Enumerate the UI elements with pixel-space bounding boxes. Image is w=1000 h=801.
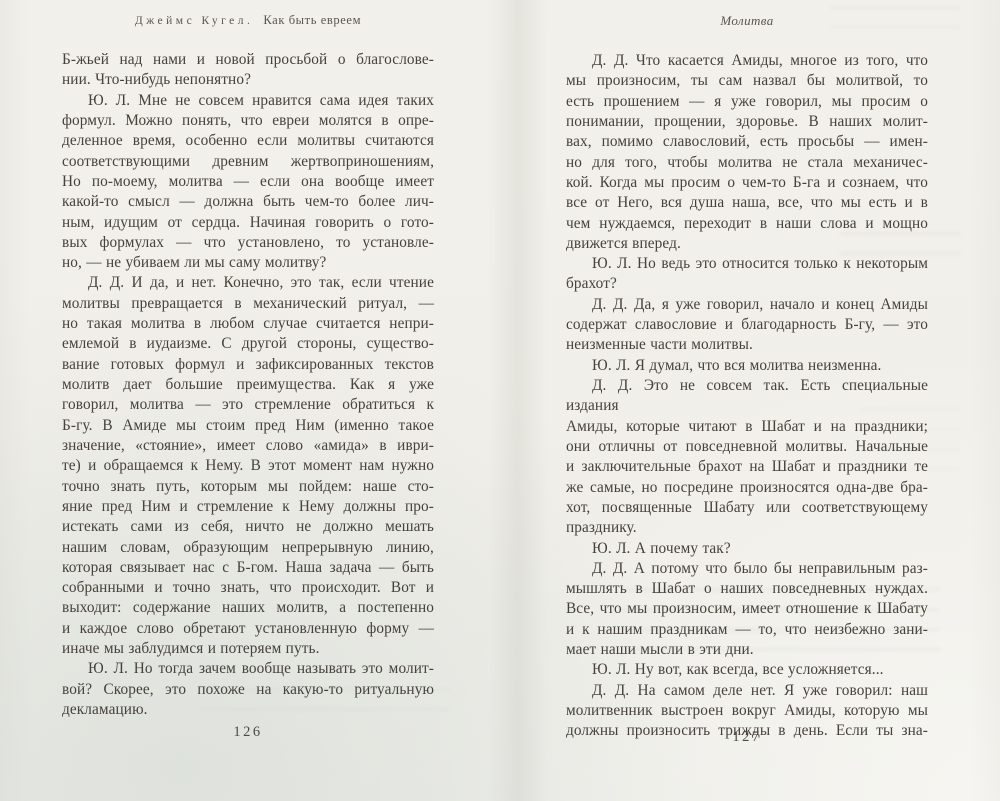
- text-line: Ю. Л. Ну вот, как всегда, все усложняетс…: [566, 660, 928, 680]
- text-line: движется вперед.: [566, 234, 928, 254]
- text-line: Д. Д. На самом деле нет. Я уже говорил: …: [566, 681, 928, 701]
- text-line: Д. Д. А потому что было бы неправильным …: [566, 559, 928, 579]
- text-line: Д. Д. Что касается Амиды, многое из того…: [566, 51, 928, 71]
- text-line: соответствующими древним жертвоприношени…: [62, 152, 434, 172]
- page-number-left: 126: [62, 724, 434, 741]
- text-line: емлемой в иудаизме. С другой стороны, су…: [62, 334, 434, 354]
- text-line: нии. Что-нибудь непонятно?: [62, 70, 434, 90]
- text-line: декламацию.: [62, 700, 434, 720]
- text-line: мает наши мысли в эти дни.: [566, 640, 928, 660]
- text-line: содержат славословие и благодарность Б-г…: [566, 315, 928, 335]
- text-line: Амиды, которые читают в Шабат и на празд…: [566, 417, 928, 437]
- left-page-text: Б-жьей над нами и новой просьбой о благо…: [62, 50, 434, 720]
- text-line: Ю. Л. Но ведь это относится только к нек…: [566, 254, 928, 274]
- text-line: понимании, прощении, здоровье. В наших м…: [566, 112, 928, 132]
- text-line: они отличны от повседневной молитвы. Нач…: [566, 437, 928, 457]
- text-line: неизменные части молитвы.: [566, 335, 928, 355]
- text-line: Но по-моему, молитва — если она вообще и…: [62, 172, 434, 192]
- text-line: мышлять в Шабат о наших повседневных нуж…: [566, 579, 928, 599]
- text-line: чем нуждаемся, переходит в наши слова и …: [566, 214, 928, 234]
- text-line: но, — не убиваем ли мы саму молитву?: [62, 253, 434, 273]
- text-line: вание готовых формул и зафиксированных т…: [62, 355, 434, 375]
- text-line: значение, «стояние», имеет слово «амида»…: [62, 436, 434, 456]
- page-gutter-shadow: [488, 0, 548, 801]
- text-line: молитв дает большие преимущества. Как я …: [62, 375, 434, 395]
- text-line: и к нашим праздникам — то, что неизбежно…: [566, 620, 928, 640]
- text-line: нашим словам, образующим непрерывную лин…: [62, 538, 434, 558]
- text-line: Ю. Л. Мне не совсем нравится сама идея т…: [62, 91, 434, 111]
- text-line: яние пред Ним и стремление к Нему должны…: [62, 497, 434, 517]
- running-header-right: Молитва: [566, 13, 928, 29]
- text-line: но для того, чтобы молитва не стала меха…: [566, 153, 928, 173]
- text-line: молитвенник выстроен вокруг Амиды, котор…: [566, 701, 928, 721]
- text-line: иначе мы заблудимся и потеряем путь.: [62, 639, 434, 659]
- text-line: Д. Д. Это не совсем так. Есть специальны…: [566, 376, 928, 417]
- text-line: Ю. Л. Я думал, что вся молитва неизменна…: [566, 356, 928, 376]
- text-line: формул. Можно понять, что евреи молятся …: [62, 111, 434, 131]
- text-line: ным, идущим от сердца. Начиная говорить …: [62, 213, 434, 233]
- text-line: вых формулах — что установлено, то устан…: [62, 233, 434, 253]
- text-line: те) и обращаемся к Нему. В этот момент н…: [62, 456, 434, 476]
- book-author: Джеймс Кугел.: [135, 15, 254, 27]
- page-number-right: 127: [566, 729, 928, 746]
- text-line: истекать сами из себя, ничто не должно м…: [62, 517, 434, 537]
- text-line: какой-то смысл — должна быть чем-то боле…: [62, 192, 434, 212]
- text-line: деленное время, особенно если молитвы сч…: [62, 131, 434, 151]
- text-line: Ю. Л. Но тогда зачем вообще называть это…: [62, 659, 434, 679]
- text-line: мы произносим, ты сам назвал бы молитвой…: [566, 71, 928, 91]
- text-line: вах, помимо славословий, есть просьбы — …: [566, 132, 928, 152]
- text-line: кой. Когда мы просим о чем-то Б-га и соз…: [566, 173, 928, 193]
- text-line: и каждое слово обретают установленную фо…: [62, 619, 434, 639]
- text-line: все от Него, вся душа наша, все, что мы …: [566, 193, 928, 213]
- text-line: собранными и точно знать, что происходит…: [62, 578, 434, 598]
- chapter-title: Молитва: [720, 13, 773, 28]
- text-line: Ю. Л. А почему так?: [566, 539, 928, 559]
- text-line: молитвы превращается в механический риту…: [62, 294, 434, 314]
- text-line: говорил, молитва — это стремление обрати…: [62, 395, 434, 415]
- text-line: хот, посвященные Шабату или соответствую…: [566, 498, 928, 518]
- text-line: и заключительные брахот на Шабат и празд…: [566, 457, 928, 477]
- book-spread: Джеймс Кугел.Как быть евреем Молитва Б-ж…: [0, 0, 1000, 801]
- text-line: есть прошением — я уже говорил, мы проси…: [566, 92, 928, 112]
- text-line: Все, что мы произносим, имеет отношение …: [566, 599, 928, 619]
- text-line: вой? Скорее, это похоже на какую-то риту…: [62, 680, 434, 700]
- text-line: Д. Д. Да, я уже говорил, начало и конец …: [566, 295, 928, 315]
- text-line: Б-гу. В Амиде мы стоим пред Ним (именно …: [62, 416, 434, 436]
- book-title: Как быть евреем: [263, 13, 361, 27]
- text-line: выходит: содержание наших молитв, а пост…: [62, 598, 434, 618]
- text-line: брахот?: [566, 274, 928, 294]
- text-line: но такая молитва в любом случае считаетс…: [62, 314, 434, 334]
- text-line: же самые, но посредине произносятся одна…: [566, 478, 928, 498]
- text-line: точно знать путь, которым мы пойдем: наш…: [62, 477, 434, 497]
- text-line: которая связывает нас с Б-гом. Наша зада…: [62, 558, 434, 578]
- text-line: Б-жьей над нами и новой просьбой о благо…: [62, 50, 434, 70]
- text-line: празднику.: [566, 518, 928, 538]
- running-header-left: Джеймс Кугел.Как быть евреем: [62, 13, 434, 28]
- right-page-text: Д. Д. Что касается Амиды, многое из того…: [566, 51, 928, 742]
- text-line: Д. Д. И да, и нет. Конечно, это так, есл…: [62, 273, 434, 293]
